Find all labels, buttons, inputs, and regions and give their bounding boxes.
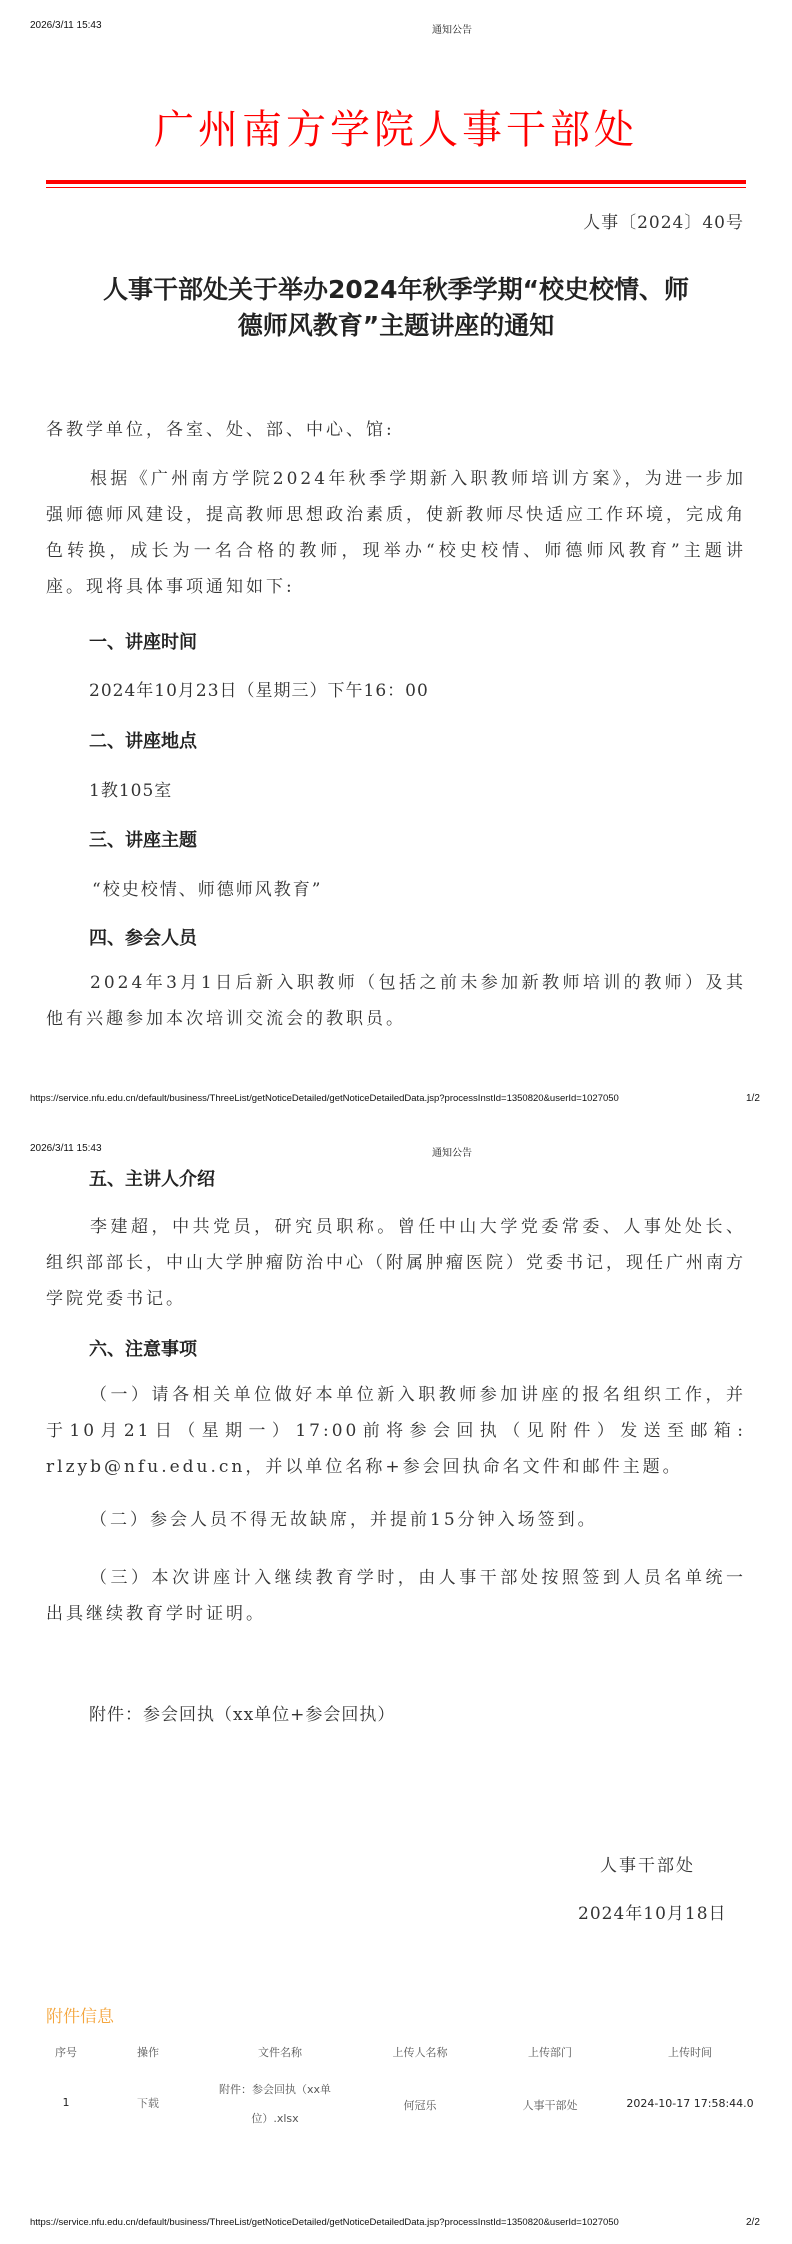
notice-title-line2: 德师风教育”主题讲座的通知 [0, 308, 792, 344]
lecture-topic: “校史校情、师德师风教育” [92, 875, 322, 900]
col-header-filename: 文件名称 [240, 2044, 320, 2060]
print-page-title: 通知公告 [432, 21, 472, 36]
intro-paragraph: 根据《广州南方学院2024年秋季学期新入职教师培训方案》，为进一步加强师德师风建… [46, 461, 746, 605]
speaker-bio: 李建超，中共党员，研究员职称。曾任中山大学党委常委、人事处处长、组织部部长，中山… [46, 1209, 746, 1317]
print-page-number-p2: 2/2 [746, 2217, 760, 2228]
section-heading-attendees: 四、参会人员 [89, 924, 197, 950]
col-header-department: 上传部门 [510, 2044, 590, 2060]
letterhead-rule-thin [46, 187, 746, 188]
section-heading-notes: 六、注意事项 [89, 1335, 197, 1361]
section-heading-topic: 三、讲座主题 [89, 826, 197, 852]
print-datetime: 2026/3/11 15:43 [30, 20, 102, 31]
notice-title-line1: 人事干部处关于举办2024年秋季学期“校史校情、师 [0, 272, 792, 308]
print-page-number: 1/2 [746, 1093, 760, 1104]
col-header-upload-time: 上传时间 [640, 2044, 740, 2060]
lecture-location: 1教105室 [89, 776, 172, 801]
section-heading-speaker: 五、主讲人介绍 [89, 1165, 215, 1191]
row-index: 1 [46, 2096, 86, 2109]
col-header-uploader: 上传人名称 [370, 2044, 470, 2060]
note-item-1: （一）请各相关单位做好本单位新入职教师参加讲座的报名组织工作，并于10月21日（… [46, 1377, 746, 1485]
signature: 人事干部处 [600, 1851, 695, 1876]
file-name-line2: 位）.xlsx [200, 2110, 350, 2126]
document-number: 人事〔2024〕40号 [583, 208, 744, 233]
file-name-line1: 附件：参会回执（xx单 [200, 2081, 350, 2097]
print-page-title-p2: 通知公告 [432, 1144, 472, 1159]
notice-date: 2024年10月18日 [578, 1899, 727, 1924]
col-header-index: 序号 [46, 2044, 86, 2060]
notice-title: 人事干部处关于举办2024年秋季学期“校史校情、师 德师风教育”主题讲座的通知 [0, 272, 792, 344]
print-datetime-p2: 2026/3/11 15:43 [30, 1143, 102, 1154]
section-heading-time: 一、讲座时间 [89, 628, 197, 654]
upload-department: 人事干部处 [510, 2097, 590, 2113]
attachment-note: 附件：参会回执（xx单位+参会回执） [89, 1700, 395, 1725]
note-item-3: （三）本次讲座计入继续教育学时，由人事干部处按照签到人员名单统一出具继续教育学时… [46, 1560, 746, 1632]
attendees-text: 2024年3月1日后新入职教师（包括之前未参加新教师培训的教师）及其他有兴趣参加… [46, 965, 746, 1037]
attachments-title: 附件信息 [46, 2002, 114, 2027]
download-link[interactable]: 下载 [128, 2095, 168, 2111]
upload-time: 2024-10-17 17:58:44.0 [615, 2097, 765, 2110]
letterhead-rule-thick [46, 180, 746, 184]
col-header-action: 操作 [128, 2044, 168, 2060]
uploader-name: 何冠乐 [370, 2097, 470, 2113]
print-footer-url: https://service.nfu.edu.cn/default/busin… [30, 1093, 619, 1104]
note-item-2: （二）参会人员不得无故缺席，并提前15分钟入场签到。 [46, 1502, 746, 1538]
lecture-time: 2024年10月23日（星期三）下午16：00 [89, 676, 429, 701]
letterhead-org-name: 广州南方学院人事干部处 [0, 98, 792, 155]
salutation: 各教学单位，各室、处、部、中心、馆: [46, 412, 746, 448]
print-footer-url-p2: https://service.nfu.edu.cn/default/busin… [30, 2217, 619, 2228]
section-heading-location: 二、讲座地点 [89, 727, 197, 753]
